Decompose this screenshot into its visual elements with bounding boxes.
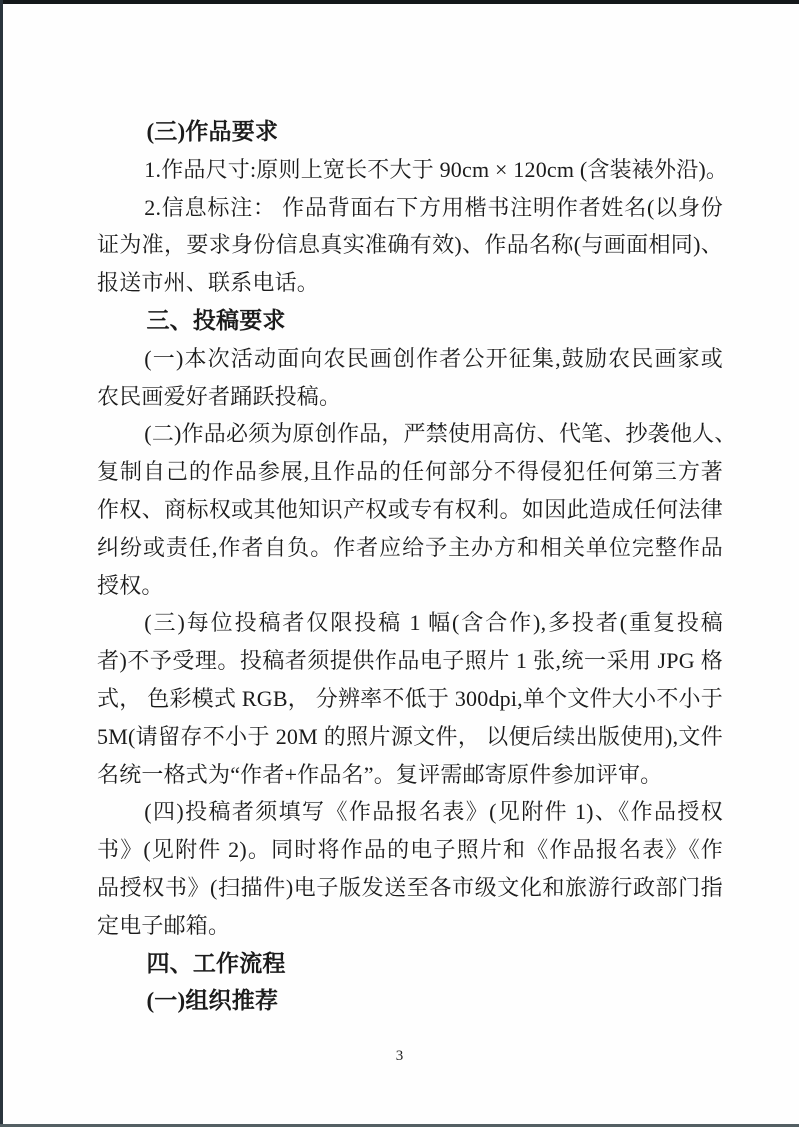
- page-number: 3: [0, 1048, 799, 1065]
- section-heading: 三、投稿要求: [97, 302, 723, 340]
- paragraph-line: 纠纷或责任,作者自负。作者应给予主办方和相关单位完整作品: [97, 529, 723, 567]
- paragraph-line: 证为准，要求身份信息真实准确有效)、作品名称(与画面相同)、: [97, 226, 723, 264]
- paragraph-line: 定电子邮箱。: [97, 907, 723, 945]
- document-body: (三)作品要求1.作品尺寸:原则上宽长不大于 90cm × 120cm (含装裱…: [97, 113, 723, 1020]
- paragraph-line: 名统一格式为“作者+作品名”。复评需邮寄原件参加评审。: [97, 756, 723, 794]
- paragraph-line: 授权。: [97, 567, 723, 605]
- paragraph-line: 复制自己的作品参展,且作品的任何部分不得侵犯任何第三方著: [97, 453, 723, 491]
- paragraph-line: 2.信息标注： 作品背面右下方用楷书注明作者姓名(以身份: [97, 189, 723, 227]
- paragraph-line: 报送市州、联系电话。: [97, 264, 723, 302]
- paragraph-line: (四)投稿者须填写《作品报名表》(见附件 1)、《作品授权: [97, 793, 723, 831]
- paragraph-line: 5M(请留存不小于 20M 的照片源文件， 以便后续出版使用),文件: [97, 718, 723, 756]
- paragraph-line: 品授权书》(扫描件)电子版发送至各市级文化和旅游行政部门指: [97, 869, 723, 907]
- section-heading: (一)组织推荐: [97, 982, 723, 1020]
- scan-edge-left: [0, 0, 3, 1127]
- paragraph-line: 农民画爱好者踊跃投稿。: [97, 378, 723, 416]
- scanned-page: (三)作品要求1.作品尺寸:原则上宽长不大于 90cm × 120cm (含装裱…: [0, 0, 799, 1127]
- paragraph-line: (二)作品必须为原创作品，严禁使用高仿、代笔、抄袭他人、: [97, 415, 723, 453]
- paragraph-line: 书》(见附件 2)。同时将作品的电子照片和《作品报名表》《作: [97, 831, 723, 869]
- paragraph-line: (三)每位投稿者仅限投稿 1 幅(含合作),多投者(重复投稿: [97, 604, 723, 642]
- section-heading: (三)作品要求: [97, 113, 723, 151]
- paragraph-line: 者)不予受理。投稿者须提供作品电子照片 1 张,统一采用 JPG 格: [97, 642, 723, 680]
- section-heading: 四、工作流程: [97, 945, 723, 983]
- paragraph-line: 1.作品尺寸:原则上宽长不大于 90cm × 120cm (含装裱外沿)。: [97, 151, 723, 189]
- paragraph-line: 作权、商标权或其他知识产权或专有权利。如因此造成任何法律: [97, 491, 723, 529]
- scan-edge-top: [0, 0, 799, 4]
- paragraph-line: (一)本次活动面向农民画创作者公开征集,鼓励农民画家或: [97, 340, 723, 378]
- paragraph-line: 式， 色彩模式 RGB， 分辨率不低于 300dpi,单个文件大小不小于: [97, 680, 723, 718]
